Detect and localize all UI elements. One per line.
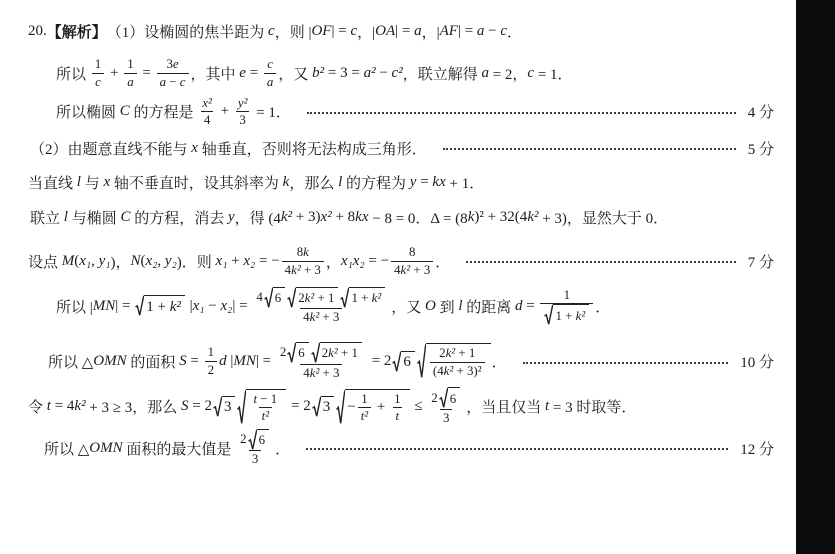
radicand: 1 + k² [349, 287, 385, 309]
text-run: 所以 △ [44, 438, 89, 459]
text-run: 12 分 [740, 438, 774, 459]
math-variable: y₁ [99, 253, 111, 270]
text-run: + 3 [319, 365, 339, 382]
math-variable: MN [93, 298, 116, 315]
text-run: + 1 [314, 290, 334, 307]
radical-sign-icon [312, 396, 321, 418]
text-run: + 3 [301, 262, 321, 279]
math-variable: OMN [89, 440, 122, 457]
text-run: 1 [394, 391, 400, 408]
radicand: 1 + k² [553, 304, 589, 326]
text-run: （2）由题意直线不能与 [30, 138, 191, 159]
text-run: ，联立解得 [403, 63, 482, 84]
math-variable: x₁ [216, 253, 228, 270]
text-run: (4 [433, 363, 444, 380]
radicand: 3 [321, 396, 335, 418]
fraction-denominator: 3 [440, 409, 452, 427]
text-run: 4 分 [748, 101, 774, 122]
text-run: , [91, 253, 99, 270]
radicand: 6 [273, 287, 285, 309]
text-run: 1 + [146, 299, 169, 316]
text-run: ． [275, 438, 290, 459]
math-variable: k² [446, 345, 456, 362]
math-variable: k² [372, 290, 382, 307]
text-run: + [227, 253, 243, 270]
dotted-leader [523, 362, 729, 364]
math-variable: M [62, 253, 75, 270]
solution-line-4: （2）由题意直线不能与 x 轴垂直，否则将无法构成三角形．5 分 [30, 137, 796, 159]
text-run: + 1． [446, 172, 484, 193]
math-fraction: 462k² + 11 + k²4k² + 3 [253, 287, 389, 326]
math-fraction: 2k² + 1(4k² + 3)² [430, 345, 485, 380]
text-run: | = [232, 298, 251, 315]
text-run: 1 [95, 56, 101, 73]
fraction-denominator: 4k² + 3 [300, 364, 342, 382]
math-variable: a [414, 23, 422, 40]
math-variable: x² [202, 95, 212, 112]
radical-sign-icon [417, 343, 426, 380]
text-run: | = [458, 23, 477, 40]
text-run: 联立 [30, 207, 64, 228]
radical-sign-icon [392, 351, 401, 373]
text-run: − [484, 23, 500, 40]
math-variable: d [219, 353, 227, 370]
fraction-denominator: 3 [249, 450, 261, 468]
math-variable: N [131, 253, 141, 270]
radicand: −1t² + 1t [345, 389, 409, 426]
text-run: 面积的最大值是 [123, 438, 236, 459]
text-run: 到 [436, 296, 459, 317]
text-run: − 8 = 0．Δ = (8 [368, 207, 467, 228]
fraction-denominator: t² [259, 407, 272, 425]
text-run: = 2， [489, 63, 527, 84]
math-sqrt: 2k² + 1(4k² + 3)² [417, 343, 491, 380]
text-run: = − [255, 253, 279, 270]
text-run: + 1 [338, 345, 358, 362]
math-sqrt: 6 [392, 351, 415, 373]
math-fraction: 11 + k² [540, 287, 593, 326]
solution-line-3: 所以椭圆 C 的方程是 x²4 + y²3 = 1．4 分 [56, 95, 796, 130]
math-variable: k² [305, 290, 315, 307]
text-run: , [157, 253, 165, 270]
math-variable: c [95, 74, 101, 91]
math-variable: kx [432, 174, 445, 191]
math-fraction: 1t [391, 391, 403, 426]
text-run: 的面积 [127, 351, 180, 372]
radical-sign-icon [287, 287, 296, 309]
fraction-denominator: a [264, 73, 276, 91]
radical-sign-icon [340, 287, 349, 309]
math-variable: y₂ [165, 253, 177, 270]
text-run: 所以椭圆 [56, 101, 120, 122]
radical-sign-icon [287, 342, 296, 364]
math-fraction: 1t² [358, 391, 371, 426]
radicand: 6 [401, 351, 415, 373]
text-run: ，得 (4 [235, 207, 281, 228]
text-run: 6 [259, 432, 265, 449]
text-run: 4 [204, 112, 210, 129]
math-sqrt: t − 1t² [237, 389, 286, 426]
math-variable: k² [444, 363, 454, 380]
text-run: 令 [28, 396, 47, 417]
radicand: 6 [448, 387, 460, 409]
math-variable: a [477, 23, 485, 40]
text-run: )² + 32(4 [474, 209, 527, 226]
text-run: = [187, 353, 203, 370]
math-variable: x [103, 174, 110, 191]
radical-sign-icon [135, 295, 144, 317]
text-run: 10 分 [740, 351, 774, 372]
text-run: = 3 = [324, 65, 363, 82]
fraction-numerator: 1 [358, 391, 370, 408]
dotted-leader [306, 448, 728, 450]
radicand: 6 [296, 342, 308, 364]
math-fraction: ca [264, 56, 276, 91]
math-variable: x² [321, 209, 332, 226]
text-run: + 3)，显然大于 0． [538, 207, 668, 228]
text-run: | = [331, 23, 350, 40]
radical-sign-icon [311, 342, 320, 364]
fraction-denominator: t [393, 407, 403, 425]
math-variable: y [410, 174, 417, 191]
radical-sign-icon [264, 287, 273, 309]
text-run: 20. [28, 23, 47, 40]
math-variable: e [173, 56, 179, 73]
math-variable: OMN [93, 353, 126, 370]
text-run: 轴垂直，否则将无法构成三角形． [198, 138, 427, 159]
math-variable: x₂ [243, 253, 255, 270]
text-run: 的方程为 [342, 172, 410, 193]
solution-line-11: 所以 △OMN 面积的最大值是 263．12 分 [44, 429, 796, 468]
math-sqrt: −1t² + 1t [336, 389, 409, 426]
fraction-denominator: 2 [205, 361, 217, 379]
fraction-numerator: 1 [391, 391, 403, 408]
math-variable: d [515, 298, 523, 315]
text-run: | = [395, 23, 414, 40]
radicand: 2k² + 1(4k² + 3)² [426, 343, 491, 380]
radical-sign-icon [439, 387, 448, 409]
solution-content: 20.【解析】（1）设椭圆的焦半距为 c，则 |OF| = c，|OA| = a… [0, 0, 796, 468]
math-variable: k² [310, 309, 320, 326]
math-variable: kx [355, 209, 368, 226]
math-variable: MN [233, 353, 256, 370]
math-fraction: x²4 [199, 95, 215, 130]
text-run: 2 [208, 362, 214, 379]
solution-line-5: 当直线 l 与 x 轴不垂直时，设其斜率为 k，那么 l 的方程为 y = kx… [28, 171, 796, 193]
radicand: 2k² + 1 [296, 287, 338, 309]
document-page: 20.【解析】（1）设椭圆的焦半距为 c，则 |OF| = c，|OA| = a… [0, 0, 835, 554]
math-sqrt: 6 [264, 287, 285, 309]
fraction-numerator: 3e [163, 56, 181, 73]
text-run: ，| [357, 21, 375, 42]
radicand: 1 + k² [144, 295, 185, 317]
math-fraction: 1a [124, 56, 136, 91]
math-variable: c [180, 74, 186, 91]
text-run: = 1． [252, 101, 290, 122]
math-sqrt: 1 + k² [544, 304, 589, 326]
radical-sign-icon [213, 396, 222, 418]
text-run: = 1． [534, 63, 572, 84]
text-run: 3 [323, 399, 331, 416]
text-run: + 3 [410, 262, 430, 279]
math-variable: k² [328, 345, 338, 362]
math-sqrt: 1 + k² [340, 287, 385, 309]
text-run: = 3 时取等． [549, 396, 636, 417]
text-run: = [416, 174, 432, 191]
text-run: ，则 | [275, 21, 312, 42]
math-variable: k² [170, 299, 181, 316]
math-variable: x₂ [146, 253, 158, 270]
text-run: = [139, 65, 155, 82]
math-variable: k² [74, 398, 85, 415]
math-fraction: t − 1t² [250, 391, 280, 426]
text-run: ． [492, 351, 507, 372]
math-variable: x [191, 140, 198, 157]
math-variable: O [425, 298, 436, 315]
text-run: = [523, 298, 539, 315]
radical-sign-icon [248, 429, 257, 451]
math-sqrt: 3 [213, 396, 236, 418]
math-sqrt: 6 [248, 429, 269, 451]
text-run: 4 [256, 289, 262, 306]
radical-sign-icon [336, 389, 345, 426]
text-run: 2 [240, 431, 246, 448]
text-run: 3 [252, 451, 258, 468]
text-run: ． [507, 21, 522, 42]
text-run: − [376, 65, 392, 82]
math-variable: S [179, 353, 187, 370]
text-run: 1 + [351, 290, 371, 307]
math-fraction: 3ea − c [157, 56, 189, 91]
fraction-numerator: 26 [428, 387, 464, 409]
math-variable: C [120, 209, 130, 226]
math-variable: OA [375, 23, 395, 40]
radicand: 6 [257, 429, 269, 451]
math-variable: k² [281, 209, 292, 226]
text-run: = 2 [368, 353, 391, 370]
math-fraction: 84k² + 3 [391, 244, 433, 279]
math-variable: OF [311, 23, 331, 40]
math-variable: x₂ [220, 298, 232, 315]
fraction-numerator: 8k [294, 244, 312, 261]
text-run: ，又 [391, 296, 425, 317]
fraction-denominator: 3 [236, 111, 248, 129]
text-run: 6 [403, 354, 411, 371]
bold-label: 【解析】 [47, 21, 107, 42]
math-variable: c [527, 65, 534, 82]
fraction-numerator: 1 [205, 344, 217, 361]
text-run: + 3 [319, 309, 339, 326]
math-variable: a [127, 74, 133, 91]
text-run: 的距离 [463, 296, 516, 317]
text-run: 7 分 [748, 251, 774, 272]
math-variable: k² [527, 209, 538, 226]
text-run: 与椭圆 [68, 207, 121, 228]
text-run: = 2 [189, 398, 212, 415]
fraction-numerator: y² [235, 95, 251, 112]
text-run: ，当且仅当 [466, 396, 545, 417]
math-variable: S [181, 398, 189, 415]
fraction-numerator: 462k² + 11 + k² [253, 287, 389, 309]
text-run: = − [365, 253, 389, 270]
text-run: − [166, 74, 180, 91]
math-fraction: 263 [237, 429, 273, 468]
text-run: = [246, 65, 262, 82]
screen-edge-bar [796, 0, 835, 554]
text-run: ，| [422, 21, 440, 42]
math-sqrt: 6 [287, 342, 308, 364]
math-variable: y [228, 209, 235, 226]
fraction-denominator: a [124, 73, 136, 91]
radical-sign-icon [544, 304, 553, 326]
fraction-numerator: 262k² + 1 [277, 342, 366, 364]
math-sqrt: 6 [439, 387, 460, 409]
math-variable: x₁x₂ [341, 253, 365, 270]
fraction-denominator: 4k² + 3 [300, 308, 342, 326]
fraction-numerator: t − 1 [250, 391, 280, 408]
fraction-denominator: (4k² + 3)² [430, 362, 485, 380]
math-variable: a [267, 74, 273, 91]
text-run: 的方程，消去 [130, 207, 228, 228]
fraction-numerator: 1 [561, 287, 573, 304]
text-run: 3 [443, 410, 449, 427]
text-run: | = [256, 353, 275, 370]
dotted-leader [307, 112, 736, 114]
text-run: 所以 [56, 63, 90, 84]
fraction-denominator: c [92, 73, 104, 91]
text-run: + 3 ≥ 3，那么 [86, 396, 181, 417]
text-run: )， [111, 251, 131, 272]
text-run: + [106, 65, 122, 82]
math-variable: c² [392, 65, 403, 82]
text-run: − [205, 298, 221, 315]
text-run: + 1 [455, 345, 475, 362]
text-run: 5 分 [748, 138, 774, 159]
math-variable: a² [364, 65, 376, 82]
math-sqrt: 1 + k² [135, 295, 185, 317]
text-run: 1 + [555, 308, 575, 325]
solution-line-1: 20.【解析】（1）设椭圆的焦半距为 c，则 |OF| = c，|OA| = a… [28, 20, 796, 42]
text-run: + 3)² [453, 363, 481, 380]
math-variable: x₁ [79, 253, 91, 270]
math-variable: AF [440, 23, 458, 40]
text-run: ． [435, 251, 450, 272]
math-variable: c [350, 23, 357, 40]
text-run: + 3) [292, 209, 320, 226]
text-run: = 4 [51, 398, 74, 415]
math-variable: y² [238, 95, 248, 112]
text-run: 与 [81, 172, 104, 193]
radicand: 2k² + 1 [320, 342, 362, 364]
text-run: 所以 △ [48, 351, 93, 372]
text-run: 1 [564, 287, 570, 304]
math-variable: e [239, 65, 246, 82]
text-run: 1 [361, 391, 367, 408]
fraction-denominator: 4k² + 3 [282, 261, 324, 279]
math-variable: k² [291, 262, 301, 279]
math-variable: c [268, 23, 275, 40]
text-run: − [347, 399, 355, 416]
fraction-denominator: a − c [157, 73, 189, 91]
math-fraction: 263 [428, 387, 464, 426]
radicand: 3 [222, 396, 236, 418]
solution-line-6: 联立 l 与椭圆 C 的方程，消去 y，得 (4k² + 3)x² + 8kx … [30, 206, 796, 228]
text-run: 1 [127, 56, 133, 73]
fraction-numerator: 2k² + 1 [436, 345, 478, 362]
math-variable: k [468, 209, 475, 226]
text-run: + [373, 399, 389, 416]
solution-line-2: 所以 1c + 1a = 3ea − c，其中 e = ca，又 b² = 3 … [56, 56, 796, 91]
fraction-numerator: 8 [406, 244, 418, 261]
math-variable: a [481, 65, 489, 82]
math-sqrt: 2k² + 1 [287, 287, 338, 309]
fraction-denominator: 4k² + 3 [391, 261, 433, 279]
text-run: + 8 [332, 209, 355, 226]
text-run: | = [115, 298, 134, 315]
math-variable: c [267, 56, 273, 73]
text-run: 6 [450, 391, 456, 408]
text-run: ． [595, 296, 610, 317]
math-fraction: 8k4k² + 3 [282, 244, 324, 279]
solution-line-7: 设点 M(x₁, y₁)，N(x₂, y₂)．则 x₁ + x₂ = −8k4k… [28, 244, 796, 279]
text-run: 8 [409, 244, 415, 261]
text-run: 当直线 [28, 172, 77, 193]
math-sqrt: 3 [312, 396, 335, 418]
text-run: 1 [208, 344, 214, 361]
math-fraction: 262k² + 14k² + 3 [277, 342, 366, 381]
fraction-denominator: t² [358, 407, 371, 425]
solution-line-10: 令 t = 4k² + 3 ≥ 3，那么 S = 23t − 1t² = 23−… [28, 387, 796, 426]
text-run: 2 [431, 390, 437, 407]
text-run: ≤ [411, 398, 427, 415]
math-variable: k² [310, 365, 320, 382]
math-variable: t [396, 408, 400, 425]
math-variable: k [303, 244, 309, 261]
solution-line-9: 所以 △OMN 的面积 S = 12d |MN| = 262k² + 14k² … [48, 342, 796, 381]
text-run: 6 [275, 290, 281, 307]
fraction-denominator: 1 + k² [540, 303, 593, 326]
math-variable: t² [262, 408, 269, 425]
text-run: | [186, 298, 193, 315]
math-variable: k² [576, 308, 586, 325]
text-run: 3 [239, 112, 245, 129]
math-variable: C [120, 103, 130, 120]
math-variable: k [283, 174, 290, 191]
text-run: ，其中 [191, 63, 240, 84]
math-variable: x₁ [193, 298, 205, 315]
fraction-numerator: 26 [237, 429, 273, 451]
radical-sign-icon [237, 389, 246, 426]
text-run: 设点 [28, 251, 62, 272]
text-run: 6 [298, 345, 304, 362]
text-run: 2 [280, 344, 286, 361]
text-run: = 2 [287, 398, 310, 415]
dotted-leader [466, 261, 735, 263]
math-fraction: 1c [92, 56, 104, 91]
text-run: ，又 [278, 63, 312, 84]
text-run: 3 [224, 399, 232, 416]
fraction-numerator: x² [199, 95, 215, 112]
solution-line-8: 所以 |MN| = 1 + k² |x₁ − x₂| = 462k² + 11 … [56, 287, 796, 326]
fraction-numerator: 1 [92, 56, 104, 73]
text-run: 的方程是 [130, 101, 198, 122]
text-run: )．则 [177, 251, 216, 272]
math-sqrt: 2k² + 1 [311, 342, 362, 364]
math-variable: t² [361, 408, 368, 425]
text-run: 所以 | [56, 296, 93, 317]
text-run: （1）设椭圆的焦半距为 [107, 21, 268, 42]
fraction-numerator: c [264, 56, 276, 73]
